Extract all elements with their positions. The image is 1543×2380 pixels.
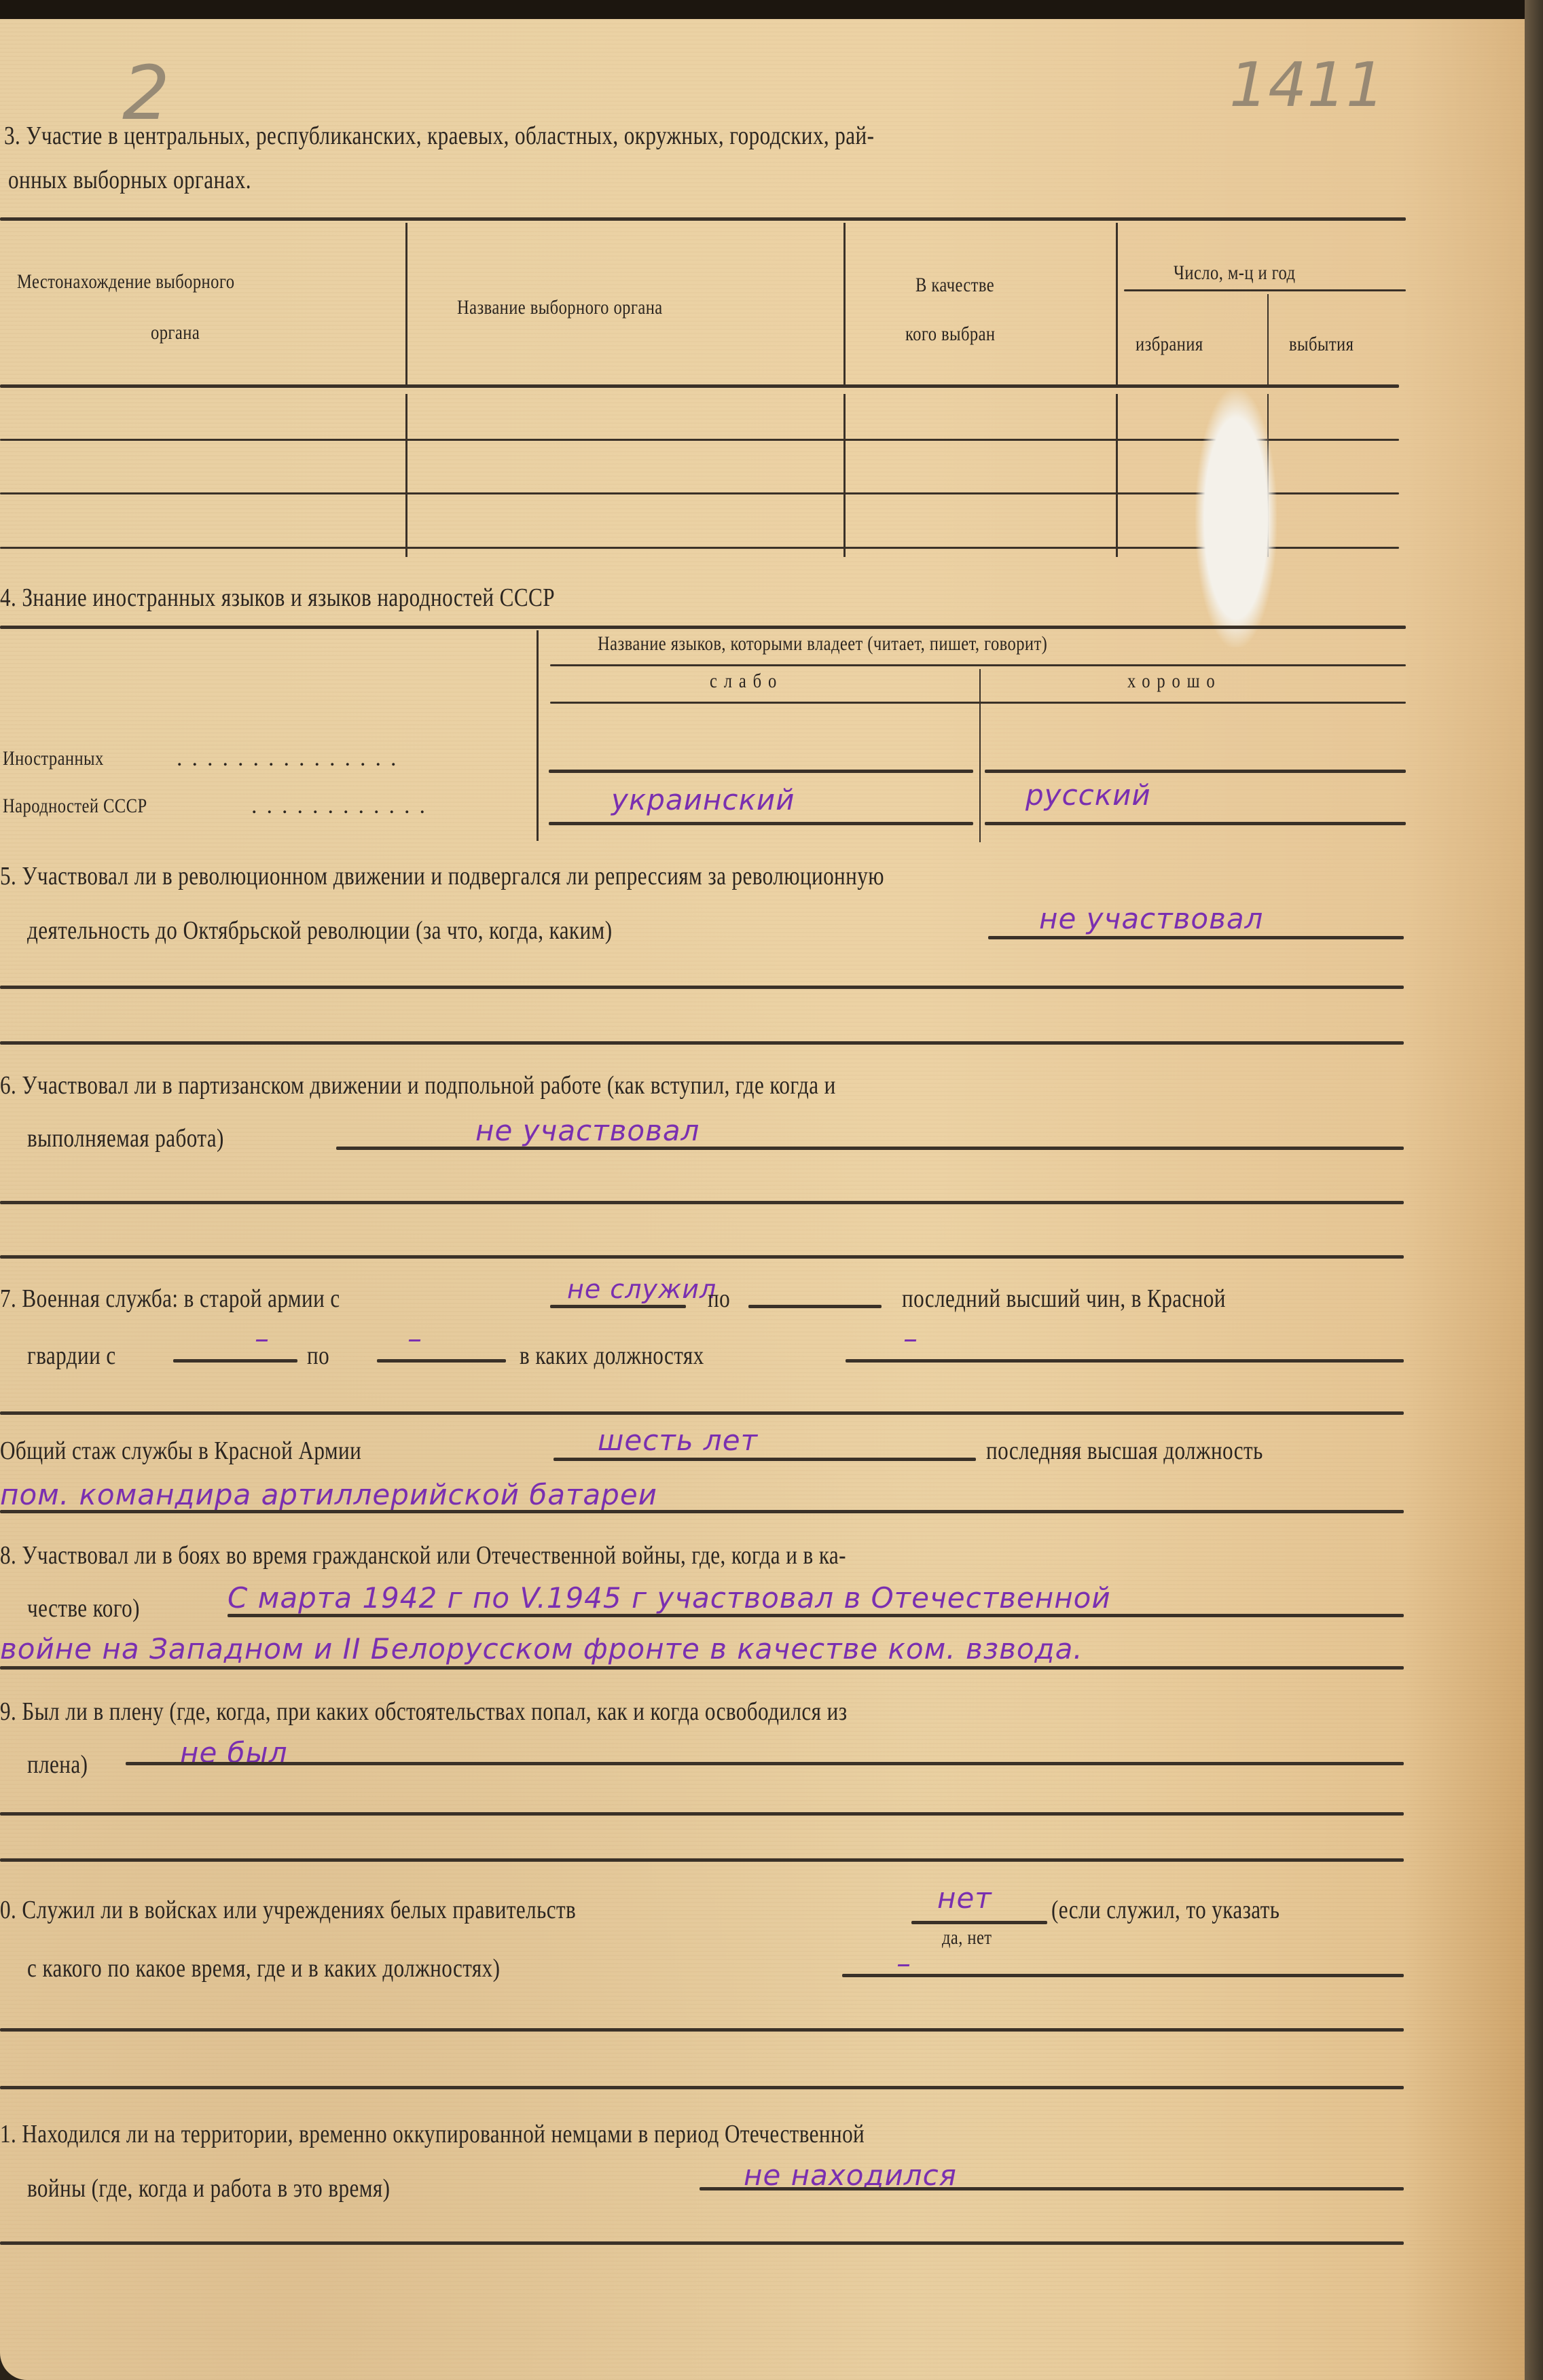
section-17-line2-a: гвардии с bbox=[27, 1341, 116, 1371]
guard-from-answer[interactable]: – bbox=[255, 1322, 270, 1355]
header-role-2: кого выбран bbox=[905, 323, 995, 346]
section-17-line1-c: последний высший чин, в Красной bbox=[902, 1284, 1226, 1314]
guard-positions-answer[interactable]: – bbox=[903, 1322, 918, 1355]
guard-to-answer[interactable]: – bbox=[407, 1322, 422, 1355]
row-foreign-label: Иностранных bbox=[3, 747, 104, 770]
header-location-2: органа bbox=[151, 321, 200, 344]
section-17-line2-c: в каких должностях bbox=[520, 1341, 704, 1371]
service-length-answer[interactable]: шесть лет bbox=[598, 1424, 758, 1457]
section-17-line2-b: по bbox=[307, 1341, 329, 1371]
section-16-line1: 6. Участвовал ли в партизанском движении… bbox=[0, 1070, 836, 1100]
section-15-answer[interactable]: не участвовал bbox=[1039, 902, 1263, 935]
header-date-left: выбытия bbox=[1289, 333, 1354, 356]
header-date-elected: избрания bbox=[1136, 333, 1203, 356]
section-17-line1-a: 7. Военная служба: в старой армии с bbox=[0, 1284, 340, 1314]
header-role-1: В качестве bbox=[915, 274, 994, 297]
section-20-line2: с какого по какое время, где и в каких д… bbox=[27, 1953, 500, 1983]
section-20-line1-a: 0. Служил ли в войсках или учреждениях б… bbox=[0, 1895, 576, 1925]
dot-leader: ............... bbox=[177, 746, 406, 772]
header-location-1: Местонахождение выборного bbox=[17, 270, 234, 293]
section-17-line1-b: по bbox=[708, 1284, 730, 1314]
table-row[interactable] bbox=[0, 547, 1399, 549]
section-20-line1-b: (если служил, то указать bbox=[1051, 1895, 1279, 1925]
row-ussr-label: Народностей СССР bbox=[3, 795, 147, 818]
table-row[interactable] bbox=[0, 439, 1399, 441]
table-row[interactable] bbox=[0, 492, 1399, 494]
document-page: 2 1411 3. Участие в центральных, республ… bbox=[0, 19, 1525, 2380]
section-21-line1: 1. Находился ли на территории, временно … bbox=[0, 2119, 865, 2149]
col-good: хорошо bbox=[1127, 670, 1222, 693]
section-17-line3-b: последняя высшая должность bbox=[986, 1436, 1263, 1466]
archive-number-annotation: 1411 bbox=[1229, 50, 1385, 121]
ussr-good-value[interactable]: русский bbox=[1025, 778, 1151, 812]
section-14-title: 4. Знание иностранных языков и языков на… bbox=[0, 583, 555, 613]
foreign-weak-field[interactable] bbox=[549, 770, 973, 773]
section-19-line1: 9. Был ли в плену (где, когда, при каких… bbox=[0, 1697, 847, 1727]
section-19-line2: плена) bbox=[27, 1750, 88, 1780]
header-name: Название выборного органа bbox=[457, 296, 663, 319]
section-18-answer-line2[interactable]: войне на Западном и II Белорусском фронт… bbox=[0, 1632, 1083, 1665]
section-13-title-line1: 3. Участие в центральных, республикански… bbox=[4, 121, 874, 151]
section-21-line2: войны (где, когда и работа в это время) bbox=[27, 2174, 390, 2203]
section-16-line2: выполняемая работа) bbox=[27, 1123, 224, 1153]
dot-leader: ............ bbox=[251, 793, 435, 819]
old-army-answer[interactable]: не служил bbox=[567, 1274, 716, 1304]
section-17-line3-a: Общий стаж службы в Красной Армии bbox=[0, 1436, 361, 1466]
section-13-title-line2: онных выборных органах. bbox=[8, 165, 251, 195]
section-15-line1: 5. Участвовал ли в революционном движени… bbox=[0, 861, 884, 891]
section-18-line2: честве кого) bbox=[27, 1593, 140, 1623]
paper-tear bbox=[1195, 389, 1277, 647]
section-20-hint: да, нет bbox=[942, 1926, 992, 1949]
section-16-answer[interactable]: не участвовал bbox=[475, 1114, 700, 1147]
col-weak: слабо bbox=[710, 670, 783, 693]
scan-top-border bbox=[0, 0, 1543, 20]
section-20-answer[interactable]: нет bbox=[937, 1881, 992, 1915]
section-15-line2: деятельность до Октябрьской революции (з… bbox=[27, 916, 612, 945]
section-18-answer-line1[interactable]: С марта 1942 г по V.1945 г участвовал в … bbox=[228, 1581, 1111, 1615]
languages-header: Название языков, которыми владеет (читае… bbox=[598, 632, 1047, 655]
last-position-answer[interactable]: пом. командира артиллерийской батареи bbox=[0, 1478, 657, 1511]
header-date-group: Число, м-ц и год bbox=[1174, 262, 1295, 285]
scan-right-border bbox=[1525, 0, 1543, 2380]
ussr-weak-value[interactable]: украинский bbox=[611, 783, 795, 816]
section-18-line1: 8. Участвовал ли в боях во время граждан… bbox=[0, 1540, 846, 1570]
foreign-good-field[interactable] bbox=[985, 770, 1406, 773]
